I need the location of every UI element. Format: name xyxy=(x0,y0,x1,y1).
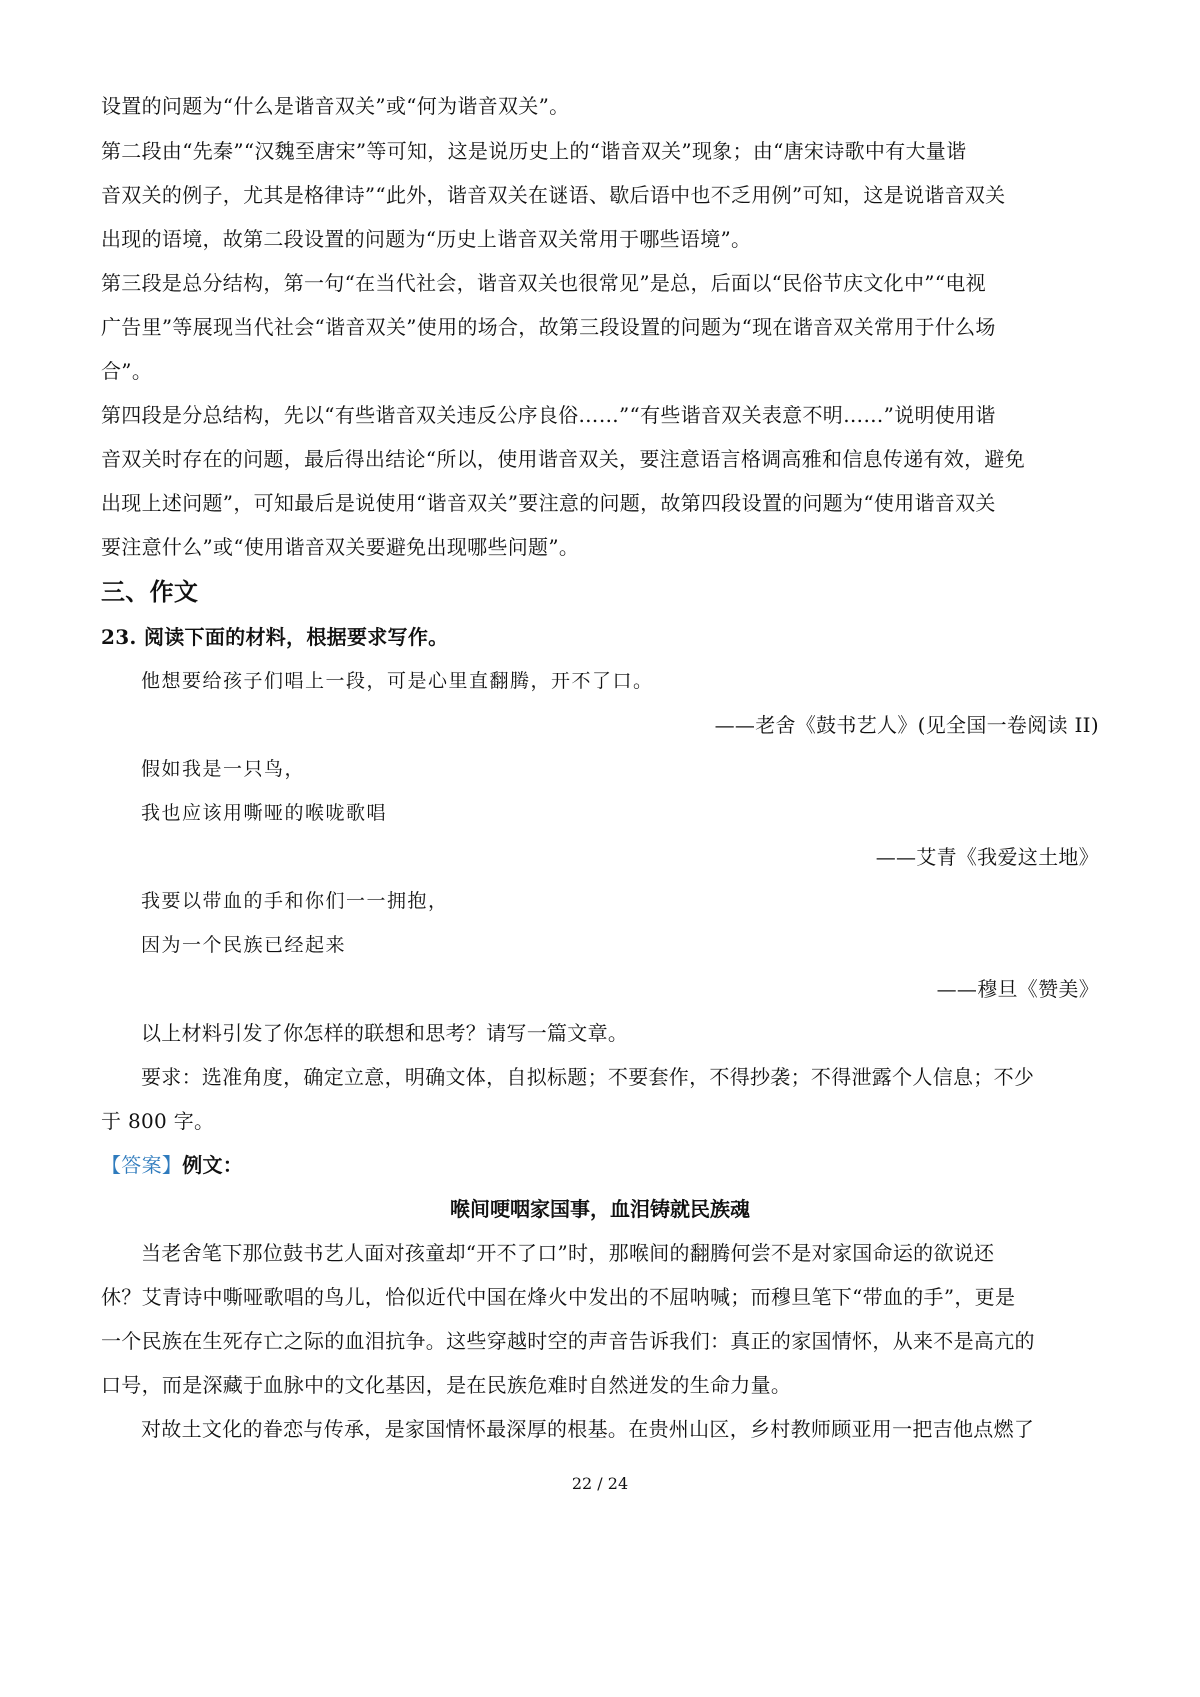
analysis-line: 广告里”等展现当代社会“谐音双关”使用的场合，故第三段设置的问题为“现在谐音双关… xyxy=(101,313,1101,341)
document-page: 设置的问题为“什么是谐音双关”或“何为谐音双关”。 第二段由“先秦”“汉魏至唐宋… xyxy=(0,0,1200,1697)
material-line: 因为一个民族已经起来 xyxy=(141,931,1141,959)
answer-header: 【答案】例文： xyxy=(101,1151,1101,1179)
material-line: 我也应该用嘶哑的喉咙歌唱 xyxy=(141,799,1141,827)
essay-title: 喉间哽咽家国事，血泪铸就民族魂 xyxy=(0,1195,1200,1223)
essay-line: 口号，而是深藏于血脉中的文化基因，是在民族危难时自然迸发的生命力量。 xyxy=(101,1371,1101,1399)
material-line: 假如我是一只鸟， xyxy=(141,755,1141,783)
requirements-text: 于 800 字。 xyxy=(101,1107,1101,1135)
analysis-line: 合”。 xyxy=(101,357,1101,385)
essay-line: 休？艾青诗中嘶哑歌唱的鸟儿，恰似近代中国在烽火中发出的不屈呐喊；而穆旦笔下“带血… xyxy=(101,1283,1101,1311)
essay-line: 一个民族在生死存亡之际的血泪抗争。这些穿越时空的声音告诉我们：真正的家国情怀，从… xyxy=(101,1327,1101,1355)
page-number: 22 / 24 xyxy=(0,1474,1200,1494)
requirements-text: 要求：选准角度，确定立意，明确文体，自拟标题；不要套作，不得抄袭；不得泄露个人信… xyxy=(141,1063,1141,1091)
section-heading: 三、作文 xyxy=(101,576,1101,608)
essay-line: 当老舍笔下那位鼓书艺人面对孩童却“开不了口”时，那喉间的翻腾何尝不是对家国命运的… xyxy=(141,1239,1141,1267)
analysis-line: 要注意什么”或“使用谐音双关要避免出现哪些问题”。 xyxy=(101,533,1101,561)
answer-label: 例文： xyxy=(182,1153,243,1177)
analysis-line: 音双关时存在的问题，最后得出结论“所以，使用谐音双关，要注意语言格调高雅和信息传… xyxy=(101,445,1101,473)
analysis-line: 第三段是总分结构，第一句“在当代社会，谐音双关也很常见”是总，后面以“民俗节庆文… xyxy=(101,269,1101,297)
question-prompt: 23. 阅读下面的材料，根据要求写作。 xyxy=(101,623,1101,651)
material-source: ——老舍《鼓书艺人》(见全国一卷阅读 II) xyxy=(715,711,1099,739)
analysis-line: 第二段由“先秦”“汉魏至唐宋”等可知，这是说历史上的“谐音双关”现象；由“唐宋诗… xyxy=(101,137,1101,165)
answer-tag: 【答案】 xyxy=(101,1153,182,1177)
analysis-line: 设置的问题为“什么是谐音双关”或“何为谐音双关”。 xyxy=(101,92,1101,120)
analysis-line: 第四段是分总结构，先以“有些谐音双关违反公序良俗……”“有些谐音双关表意不明……… xyxy=(101,401,1101,429)
material-source: ——艾青《我爱这土地》 xyxy=(876,843,1099,871)
task-instruction: 以上材料引发了你怎样的联想和思考？请写一篇文章。 xyxy=(141,1019,1141,1047)
material-line: 我要以带血的手和你们一一拥抱， xyxy=(141,887,1141,915)
analysis-line: 出现上述问题”，可知最后是说使用“谐音双关”要注意的问题，故第四段设置的问题为“… xyxy=(101,489,1101,517)
material-source: ——穆旦《赞美》 xyxy=(937,975,1099,1003)
analysis-line: 音双关的例子，尤其是格律诗”“此外，谐音双关在谜语、歇后语中也不乏用例”可知，这… xyxy=(101,181,1101,209)
material-line: 他想要给孩子们唱上一段，可是心里直翻腾，开不了口。 xyxy=(141,667,1141,695)
essay-line: 对故土文化的眷恋与传承，是家国情怀最深厚的根基。在贵州山区，乡村教师顾亚用一把吉… xyxy=(141,1415,1141,1443)
analysis-line: 出现的语境，故第二段设置的问题为“历史上谐音双关常用于哪些语境”。 xyxy=(101,225,1101,253)
